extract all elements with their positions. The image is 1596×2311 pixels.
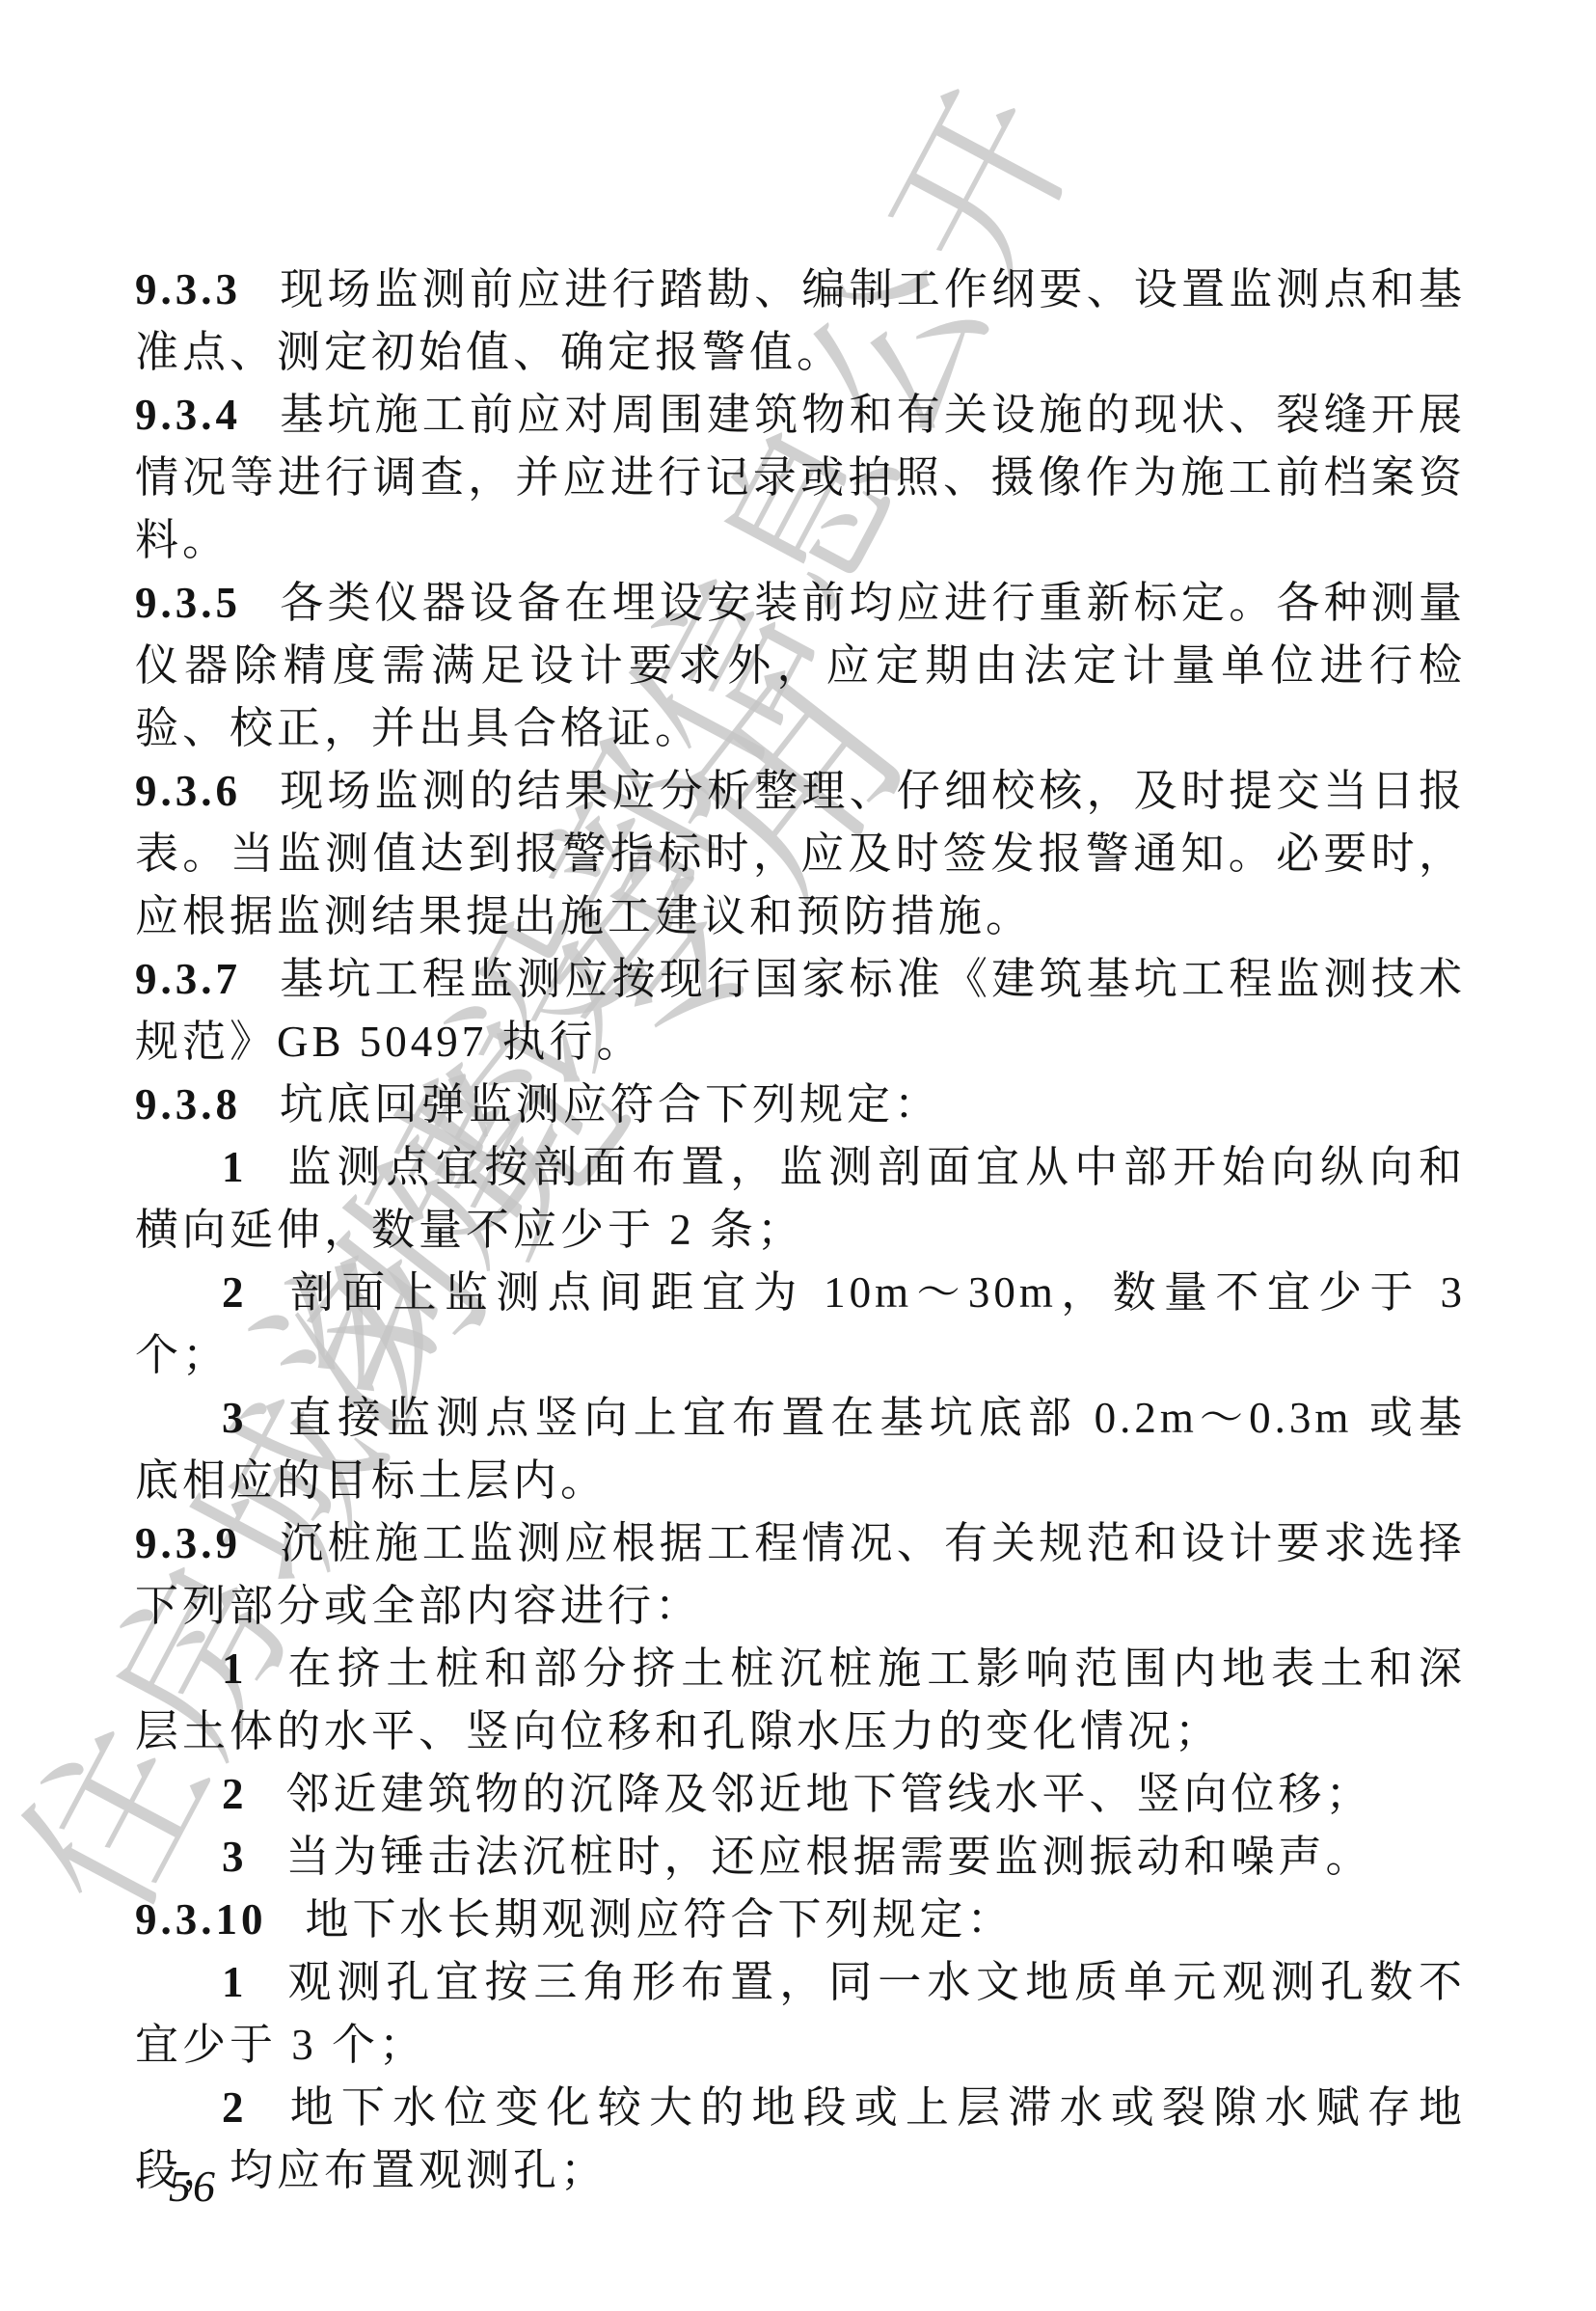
clause-9-3-5: 9.3.5各类仪器设备在埋设安装前均应进行重新标定。各种测量仪器除精度需满足设计…	[135, 572, 1466, 760]
item-text: 观测孔宜按三角形布置，同一水文地质单元观测孔数不宜少于 3 个；	[135, 1958, 1466, 2069]
clause-text: 沉桩施工监测应根据工程情况、有关规范和设计要求选择下列部分或全部内容进行：	[135, 1519, 1466, 1630]
clause-number: 9.3.7	[135, 955, 241, 1003]
document-page: 住房城乡建设部信息公开 浏览专用 9.3.3现场监测前应进行踏勘、编制工作纲要、…	[0, 0, 1596, 2311]
clause-9-3-3: 9.3.3现场监测前应进行踏勘、编制工作纲要、设置监测点和基准点、测定初始值、确…	[135, 258, 1466, 384]
clause-number: 9.3.8	[135, 1080, 241, 1128]
clause-number: 9.3.5	[135, 579, 241, 627]
item-text: 直接监测点竖向上宜布置在基坑底部 0.2m～0.3m 或基底相应的目标土层内。	[135, 1394, 1466, 1505]
clause-text: 坑底回弹监测应符合下列规定：	[280, 1080, 941, 1128]
clause-9-3-10-item-2: 2地下水位变化较大的地段或上层滞水或裂隙水赋存地段，均应布置观测孔；	[135, 2077, 1466, 2202]
clause-number: 9.3.3	[135, 265, 241, 313]
item-text: 邻近建筑物的沉降及邻近地下管线水平、竖向位移；	[286, 1770, 1373, 1818]
clause-9-3-4: 9.3.4基坑施工前应对周围建筑物和有关设施的现状、裂缝开展情况等进行调查，并应…	[135, 384, 1466, 572]
clause-9-3-9-item-1: 1在挤土桩和部分挤土桩沉桩施工影响范围内地表土和深层土体的水平、竖向位移和孔隙水…	[135, 1638, 1466, 1763]
clause-text: 基坑施工前应对周围建筑物和有关设施的现状、裂缝开展情况等进行调查，并应进行记录或…	[135, 391, 1466, 564]
item-text: 剖面上监测点间距宜为 10m～30m，数量不宜少于 3 个；	[135, 1268, 1466, 1379]
item-number: 3	[222, 1394, 248, 1442]
item-number: 1	[222, 1143, 248, 1191]
item-text: 地下水位变化较大的地段或上层滞水或裂隙水赋存地段，均应布置观测孔；	[135, 2083, 1466, 2194]
item-number: 2	[222, 1268, 248, 1317]
item-number: 3	[222, 1833, 248, 1881]
item-text: 在挤土桩和部分挤土桩沉桩施工影响范围内地表土和深层土体的水平、竖向位移和孔隙水压…	[135, 1645, 1466, 1755]
clause-number: 9.3.4	[135, 391, 241, 439]
clause-9-3-9-item-2: 2邻近建筑物的沉降及邻近地下管线水平、竖向位移；	[135, 1763, 1466, 1826]
clause-number: 9.3.10	[135, 1895, 267, 1944]
clause-9-3-10-item-1: 1观测孔宜按三角形布置，同一水文地质单元观测孔数不宜少于 3 个；	[135, 1951, 1466, 2077]
clause-text: 基坑工程监测应按现行国家标准《建筑基坑工程监测技术规范》GB 50497 执行。	[135, 955, 1466, 1066]
clause-9-3-8-item-1: 1监测点宜按剖面布置，监测剖面宜从中部开始向纵向和横向延伸，数量不应少于 2 条…	[135, 1136, 1466, 1262]
clause-9-3-9: 9.3.9沉桩施工监测应根据工程情况、有关规范和设计要求选择下列部分或全部内容进…	[135, 1512, 1466, 1638]
clause-9-3-10: 9.3.10地下水长期观测应符合下列规定：	[135, 1889, 1466, 1951]
clause-9-3-8-item-3: 3直接监测点竖向上宜布置在基坑底部 0.2m～0.3m 或基底相应的目标土层内。	[135, 1387, 1466, 1512]
clause-text: 地下水长期观测应符合下列规定：	[306, 1895, 1014, 1944]
item-number: 2	[222, 2083, 248, 2132]
item-text: 当为锤击法沉桩时，还应根据需要监测振动和噪声。	[286, 1833, 1373, 1881]
clause-9-3-8: 9.3.8坑底回弹监测应符合下列规定：	[135, 1074, 1466, 1136]
clause-number: 9.3.9	[135, 1519, 241, 1567]
page-number: 56	[169, 2161, 217, 2212]
clause-text: 现场监测的结果应分析整理、仔细校核，及时提交当日报表。当监测值达到报警指标时，应…	[135, 767, 1466, 940]
clause-9-3-8-item-2: 2剖面上监测点间距宜为 10m～30m，数量不宜少于 3 个；	[135, 1262, 1466, 1387]
item-text: 监测点宜按剖面布置，监测剖面宜从中部开始向纵向和横向延伸，数量不应少于 2 条；	[135, 1143, 1466, 1254]
clause-9-3-6: 9.3.6现场监测的结果应分析整理、仔细校核，及时提交当日报表。当监测值达到报警…	[135, 760, 1466, 948]
clause-9-3-7: 9.3.7基坑工程监测应按现行国家标准《建筑基坑工程监测技术规范》GB 5049…	[135, 948, 1466, 1074]
clause-text: 现场监测前应进行踏勘、编制工作纲要、设置监测点和基准点、测定初始值、确定报警值。	[135, 265, 1466, 376]
item-number: 2	[222, 1770, 248, 1818]
page-content: 9.3.3现场监测前应进行踏勘、编制工作纲要、设置监测点和基准点、测定初始值、确…	[135, 258, 1466, 2202]
clause-number: 9.3.6	[135, 767, 241, 815]
clause-text: 各类仪器设备在埋设安装前均应进行重新标定。各种测量仪器除精度需满足设计要求外，应…	[135, 579, 1466, 752]
clause-9-3-9-item-3: 3当为锤击法沉桩时，还应根据需要监测振动和噪声。	[135, 1826, 1466, 1889]
item-number: 1	[222, 1645, 248, 1693]
item-number: 1	[222, 1958, 248, 2006]
